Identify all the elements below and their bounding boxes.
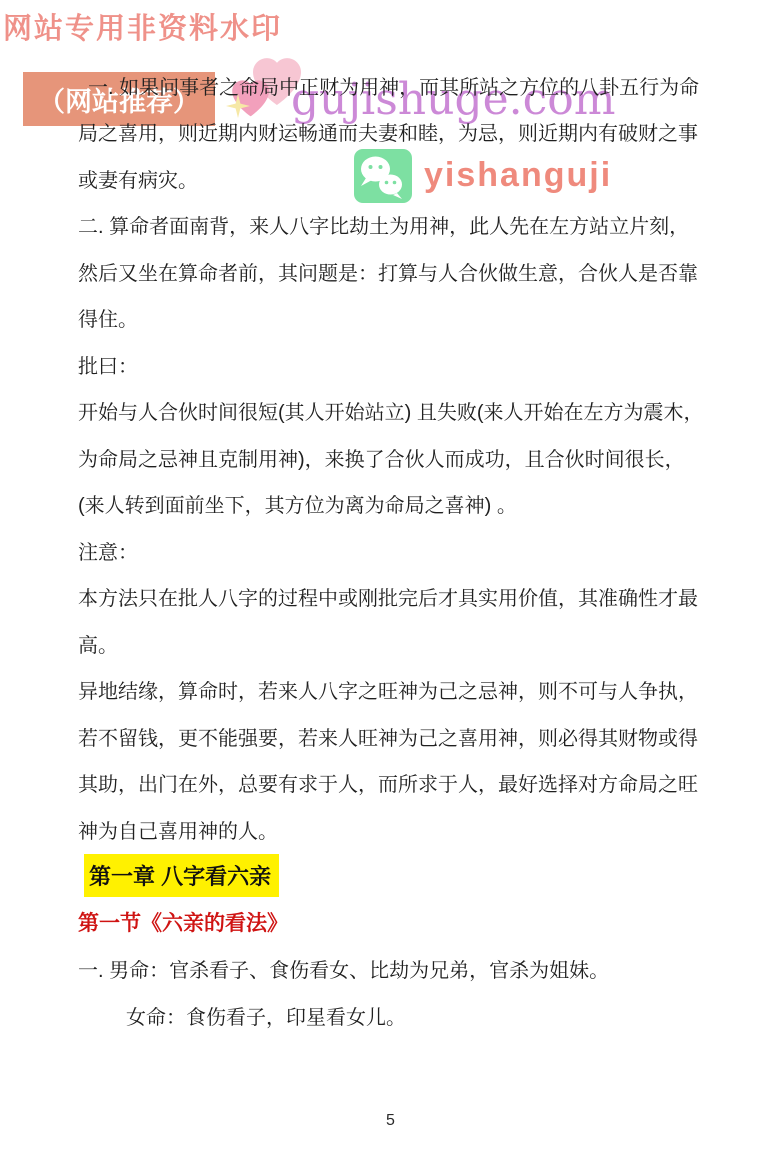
- watermark-top-text: 网站专用非资料水印: [3, 6, 282, 47]
- body-line: 若不留钱，更不能强要，若来人旺神为己之喜用神，则必得其财物或得: [78, 713, 741, 760]
- body-line: 然后又坐在算命者前，其问题是：打算与人合伙做生意，合伙人是否靠: [78, 248, 741, 295]
- section-heading: 第一节《六亲的看法》: [78, 899, 741, 946]
- body-line: 神为自己喜用神的人。: [78, 806, 741, 853]
- body-line: 局之喜用，则近期内财运畅通而夫妻和睦，为忌，则近期内有破财之事: [78, 109, 741, 156]
- body-line: 或妻有病灾。: [78, 155, 741, 202]
- document-page: 网站专用非资料水印 （网站推荐） gujishuge.com yishanguj…: [0, 0, 781, 1157]
- body-line: 开始与人合伙时间很短(其人开始站立) 且失败(来人开始在左方为震木，: [78, 388, 741, 435]
- body-line: 高。: [78, 620, 741, 667]
- body-line: 其助，出门在外，总要有求于人，而所求于人，最好选择对方命局之旺: [78, 760, 741, 807]
- body-line: 一. 如果问事者之命局中正财为用神，而其所站之方位的八卦五行为命: [78, 62, 741, 109]
- body-line: 为命局之忌神且克制用神)，来换了合伙人而成功，且合伙时间很长，: [78, 434, 741, 481]
- body-line: 本方法只在批人八字的过程中或刚批完后才具实用价值，其准确性才最: [78, 574, 741, 621]
- page-number: 5: [0, 1112, 781, 1130]
- section-heading-label: 第一节《六亲的看法》: [78, 907, 288, 937]
- body-line: 批曰：: [78, 341, 741, 388]
- body-line: 得住。: [78, 295, 741, 342]
- body-line: 二. 算命者面南背，来人八字比劫土为用神，此人先在左方站立片刻，: [78, 202, 741, 249]
- body-text: 一. 如果问事者之命局中正财为用神，而其所站之方位的八卦五行为命 局之喜用，则近…: [78, 62, 741, 1039]
- body-line: 注意：: [78, 527, 741, 574]
- body-line: (来人转到面前坐下，其方位为离为命局之喜神) 。: [78, 481, 741, 528]
- body-line: 女命：食伤看子，印星看女儿。: [78, 992, 741, 1039]
- body-line: 一. 男命：官杀看子、食伤看女、比劫为兄弟，官杀为姐妹。: [78, 946, 741, 993]
- chapter-heading: 第一章 八字看六亲: [78, 853, 741, 900]
- body-line: 异地结缘，算命时，若来人八字之旺神为己之忌神，则不可与人争执，: [78, 667, 741, 714]
- chapter-heading-label: 第一章 八字看六亲: [84, 854, 279, 897]
